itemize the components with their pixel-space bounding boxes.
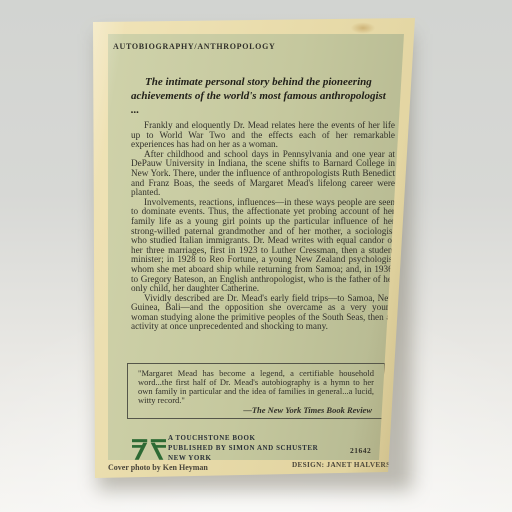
headline: The intimate personal story behind the p…	[131, 76, 396, 117]
blurb-paragraph: Vividly described are Dr. Mead's early f…	[131, 294, 395, 332]
cover-photo-credit: Cover photo by Ken Heyman	[108, 463, 208, 472]
touchstone-logo-icon	[132, 435, 166, 463]
blurb-paragraph: After childhood and school days in Penns…	[131, 150, 395, 198]
blurb-paragraph: Frankly and eloquently Dr. Mead relates …	[131, 121, 395, 150]
photo-background: AUTOBIOGRAPHY/ANTHROPOLOGY The intimate …	[0, 0, 512, 512]
review-box: "Margaret Mead has become a legend, a ce…	[127, 363, 385, 419]
review-attribution: —The New York Times Book Review	[138, 406, 374, 415]
book-back-cover: AUTOBIOGRAPHY/ANTHROPOLOGY The intimate …	[91, 16, 417, 480]
publisher-block: A TOUCHSTONE BOOK PUBLISHED BY SIMON AND…	[168, 433, 318, 464]
blurb-paragraph: Involvements, reactions, influences—in t…	[131, 198, 395, 294]
category-label: AUTOBIOGRAPHY/ANTHROPOLOGY	[113, 42, 276, 51]
publisher-line: A TOUCHSTONE BOOK	[168, 433, 318, 443]
design-credit: DESIGN: JANET HALVERSON	[292, 461, 402, 469]
book-number: 21642	[350, 446, 371, 455]
blurb-panel: AUTOBIOGRAPHY/ANTHROPOLOGY The intimate …	[108, 34, 404, 460]
publisher-line: PUBLISHED BY SIMON AND SCHUSTER	[168, 443, 318, 453]
blurb-text: Frankly and eloquently Dr. Mead relates …	[131, 121, 395, 332]
review-quote: "Margaret Mead has become a legend, a ce…	[138, 368, 374, 405]
age-stain	[346, 20, 380, 36]
